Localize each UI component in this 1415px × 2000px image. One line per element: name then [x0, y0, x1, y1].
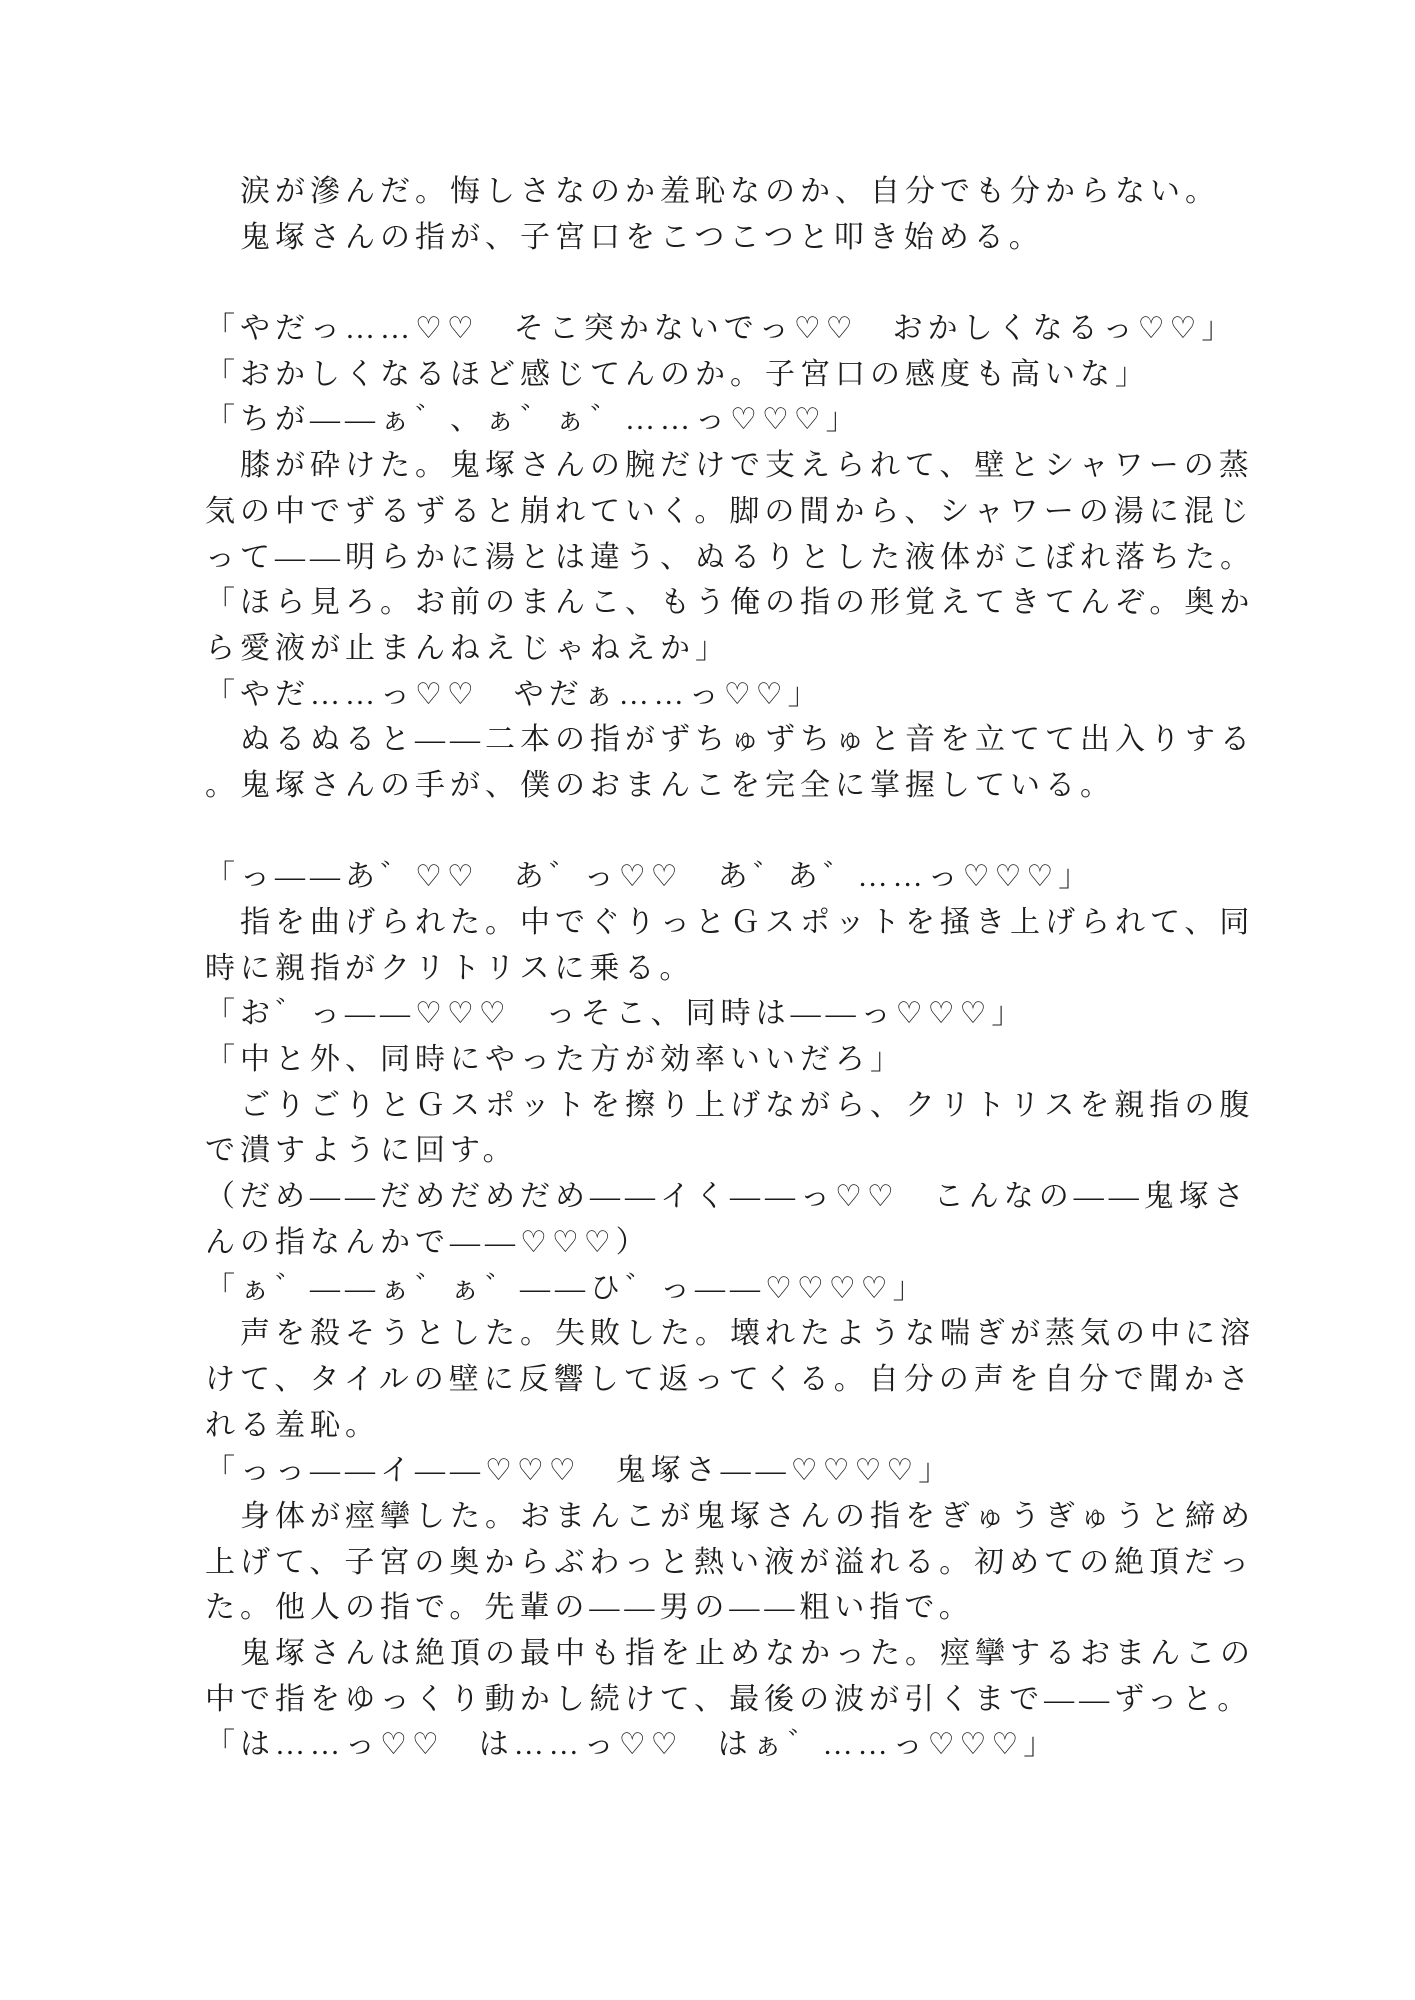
text-line-28: れる羞恥。	[205, 1403, 1315, 1449]
text-line-21: ごりごりとＧスポットを擦り上げながら、クリトリスを親指の腹	[205, 1083, 1315, 1129]
document-page: 涙が滲んだ。悔しさなのか羞恥なのか、自分でも分からない。 鬼塚さんの指が、子宮口…	[0, 0, 1415, 2000]
text-line-18: 時に親指がクリトリスに乗る。	[205, 946, 1315, 992]
text-line-6: 「ちが――ぁ゛、ぁ゛ぁ゛……っ♡♡♡」	[205, 397, 1315, 443]
text-line-31: 上げて、子宮の奥からぶわっと熱い液が溢れる。初めての絶頂だっ	[205, 1540, 1315, 1586]
text-line-25: 「ぁ゛――ぁ゛ぁ゛――ひ゛っ――♡♡♡♡」	[205, 1266, 1315, 1312]
text-line-17: 指を曲げられた。中でぐりっとＧスポットを掻き上げられて、同	[205, 900, 1315, 946]
text-line-35: 「は……っ♡♡ は……っ♡♡ はぁ゛……っ♡♡♡」	[205, 1722, 1315, 1768]
text-line-24: んの指なんかで――♡♡♡）	[205, 1220, 1315, 1266]
text-line-10: 「ほら見ろ。お前のまんこ、もう俺の指の形覚えてきてんぞ。奥か	[205, 580, 1315, 626]
text-line-7: 膝が砕けた。鬼塚さんの腕だけで支えられて、壁とシャワーの蒸	[205, 443, 1315, 489]
text-line-30: 身体が痙攣した。おまんこが鬼塚さんの指をぎゅうぎゅうと締め	[205, 1494, 1315, 1540]
text-line-14: 。鬼塚さんの手が、僕のおまんこを完全に掌握している。	[205, 763, 1315, 809]
text-line-33: 鬼塚さんは絶頂の最中も指を止めなかった。痙攣するおまんこの	[205, 1631, 1315, 1677]
text-line-5: 「おかしくなるほど感じてんのか。子宮口の感度も高いな」	[205, 352, 1315, 398]
text-line-4: 「やだっ……♡♡ そこ突かないでっ♡♡ おかしくなるっ♡♡」	[205, 306, 1315, 352]
text-line-29: 「っっ――イ――♡♡♡ 鬼塚さ――♡♡♡♡」	[205, 1448, 1315, 1494]
text-line-11: ら愛液が止まんねえじゃねえか」	[205, 626, 1315, 672]
text-line-12: 「やだ……っ♡♡ やだぁ……っ♡♡」	[205, 672, 1315, 718]
text-line-22: で潰すように回す。	[205, 1128, 1315, 1174]
text-line-23: （だめ――だめだめだめ――イく――っ♡♡ こんなの――鬼塚さ	[205, 1174, 1315, 1220]
text-line-13: ぬるぬると――二本の指がずちゅずちゅと音を立てて出入りする	[205, 717, 1315, 763]
text-line-3	[205, 260, 1315, 306]
text-line-32: た。他人の指で。先輩の――男の――粗い指で。	[205, 1585, 1315, 1631]
text-line-16: 「っ――あ゛♡♡ あ゛っ♡♡ あ゛あ゛……っ♡♡♡」	[205, 854, 1315, 900]
text-line-1: 涙が滲んだ。悔しさなのか羞恥なのか、自分でも分からない。	[205, 169, 1315, 215]
text-line-27: けて、タイルの壁に反響して返ってくる。自分の声を自分で聞かさ	[205, 1357, 1315, 1403]
text-line-20: 「中と外、同時にやった方が効率いいだろ」	[205, 1037, 1315, 1083]
text-line-9: って――明らかに湯とは違う、ぬるりとした液体がこぼれ落ちた。	[205, 535, 1315, 581]
text-line-8: 気の中でずるずると崩れていく。脚の間から、シャワーの湯に混じ	[205, 489, 1315, 535]
text-line-2: 鬼塚さんの指が、子宮口をこつこつと叩き始める。	[205, 215, 1315, 261]
text-line-19: 「お゛っ――♡♡♡ っそこ、同時は――っ♡♡♡」	[205, 991, 1315, 1037]
body-text: 涙が滲んだ。悔しさなのか羞恥なのか、自分でも分からない。 鬼塚さんの指が、子宮口…	[205, 169, 1315, 1768]
text-line-15	[205, 809, 1315, 855]
text-line-26: 声を殺そうとした。失敗した。壊れたような喘ぎが蒸気の中に溶	[205, 1311, 1315, 1357]
text-line-34: 中で指をゆっくり動かし続けて、最後の波が引くまで――ずっと。	[205, 1677, 1315, 1723]
